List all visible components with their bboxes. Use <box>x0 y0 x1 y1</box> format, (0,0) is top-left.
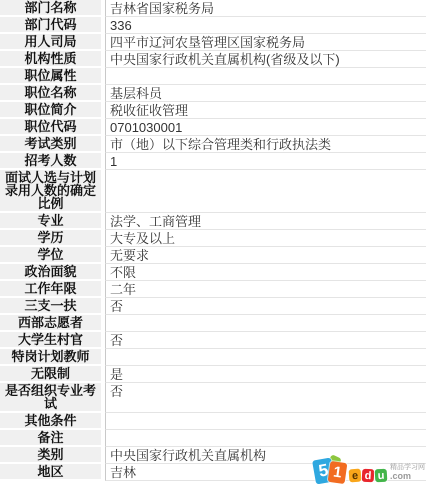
table-row: 无限制是 <box>0 366 426 383</box>
one-tile: 1 <box>328 461 348 484</box>
site-domain-label: .com <box>390 472 425 482</box>
row-label: 部门代码 <box>0 17 105 34</box>
row-label: 工作年限 <box>0 281 105 298</box>
row-value: 否 <box>105 332 426 349</box>
row-value: 大专及以上 <box>105 230 426 247</box>
table-body: 部门名称吉林省国家税务局部门代码336用人司局四平市辽河农垦管理区国家税务局机构… <box>0 0 426 481</box>
row-value: 0701030001 <box>105 119 426 136</box>
row-label: 职位属性 <box>0 68 105 85</box>
51edu-watermark-logo: 51edu 精品学习网 .com <box>314 459 425 483</box>
row-label: 职位名称 <box>0 85 105 102</box>
row-value <box>105 430 426 447</box>
u-tile: u <box>375 469 388 483</box>
table-row: 机构性质中央国家行政机关直属机构(省级及以下) <box>0 51 426 68</box>
table-row: 职位代码0701030001 <box>0 119 426 136</box>
row-label: 三支一扶 <box>0 298 105 315</box>
d-tile: d <box>362 469 375 483</box>
row-label: 是否组织专业考试 <box>0 383 105 413</box>
table-row: 用人司局四平市辽河农垦管理区国家税务局 <box>0 34 426 51</box>
job-detail-page: 部门名称吉林省国家税务局部门代码336用人司局四平市辽河农垦管理区国家税务局机构… <box>0 0 426 484</box>
row-label: 考试类别 <box>0 136 105 153</box>
row-value <box>105 170 426 213</box>
table-row: 政治面貌不限 <box>0 264 426 281</box>
table-row: 其他条件 <box>0 413 426 430</box>
row-value: 是 <box>105 366 426 383</box>
row-label: 学历 <box>0 230 105 247</box>
table-row: 职位属性 <box>0 68 426 85</box>
table-row: 专业法学、工商管理 <box>0 213 426 230</box>
row-value: 336 <box>105 17 426 34</box>
logo-text: 精品学习网 .com <box>390 464 425 483</box>
row-label: 特岗计划教师 <box>0 349 105 366</box>
row-label: 西部志愿者 <box>0 315 105 332</box>
table-row: 部门名称吉林省国家税务局 <box>0 0 426 17</box>
row-value: 吉林省国家税务局 <box>105 0 426 17</box>
table-row: 是否组织专业考试否 <box>0 383 426 413</box>
row-value: 市（地）以下综合管理类和行政执法类 <box>105 136 426 153</box>
row-value <box>105 349 426 366</box>
table-row: 学位无要求 <box>0 247 426 264</box>
row-value <box>105 315 426 332</box>
row-label: 招考人数 <box>0 153 105 170</box>
row-label: 学位 <box>0 247 105 264</box>
table-row: 工作年限二年 <box>0 281 426 298</box>
row-label: 专业 <box>0 213 105 230</box>
row-value: 法学、工商管理 <box>105 213 426 230</box>
table-row: 三支一扶否 <box>0 298 426 315</box>
row-label: 类别 <box>0 447 105 464</box>
row-label: 职位简介 <box>0 102 105 119</box>
row-value: 四平市辽河农垦管理区国家税务局 <box>105 34 426 51</box>
row-label: 备注 <box>0 430 105 447</box>
table-row: 部门代码336 <box>0 17 426 34</box>
job-detail-table: 部门名称吉林省国家税务局部门代码336用人司局四平市辽河农垦管理区国家税务局机构… <box>0 0 426 481</box>
row-label: 部门名称 <box>0 0 105 17</box>
row-label: 无限制 <box>0 366 105 383</box>
table-row: 西部志愿者 <box>0 315 426 332</box>
table-row: 招考人数1 <box>0 153 426 170</box>
logo-tiles: 51edu <box>314 459 387 483</box>
row-value: 不限 <box>105 264 426 281</box>
table-row: 大学生村官否 <box>0 332 426 349</box>
row-value <box>105 413 426 430</box>
row-value: 否 <box>105 298 426 315</box>
row-value: 税收征收管理 <box>105 102 426 119</box>
table-row: 特岗计划教师 <box>0 349 426 366</box>
table-row: 职位简介税收征收管理 <box>0 102 426 119</box>
row-value: 二年 <box>105 281 426 298</box>
table-row: 考试类别市（地）以下综合管理类和行政执法类 <box>0 136 426 153</box>
row-label: 职位代码 <box>0 119 105 136</box>
table-row: 面试人选与计划录用人数的确定比例 <box>0 170 426 213</box>
row-label: 大学生村官 <box>0 332 105 349</box>
row-value: 无要求 <box>105 247 426 264</box>
row-label: 机构性质 <box>0 51 105 68</box>
row-label: 面试人选与计划录用人数的确定比例 <box>0 170 105 213</box>
row-label: 其他条件 <box>0 413 105 430</box>
table-row: 备注 <box>0 430 426 447</box>
table-row: 学历大专及以上 <box>0 230 426 247</box>
row-label: 地区 <box>0 464 105 481</box>
row-value: 否 <box>105 383 426 413</box>
row-label: 政治面貌 <box>0 264 105 281</box>
row-value: 1 <box>105 153 426 170</box>
row-value <box>105 68 426 85</box>
e-tile: e <box>349 469 362 483</box>
row-label: 用人司局 <box>0 34 105 51</box>
row-value: 中央国家行政机关直属机构(省级及以下) <box>105 51 426 68</box>
row-value: 基层科员 <box>105 85 426 102</box>
table-row: 职位名称基层科员 <box>0 85 426 102</box>
